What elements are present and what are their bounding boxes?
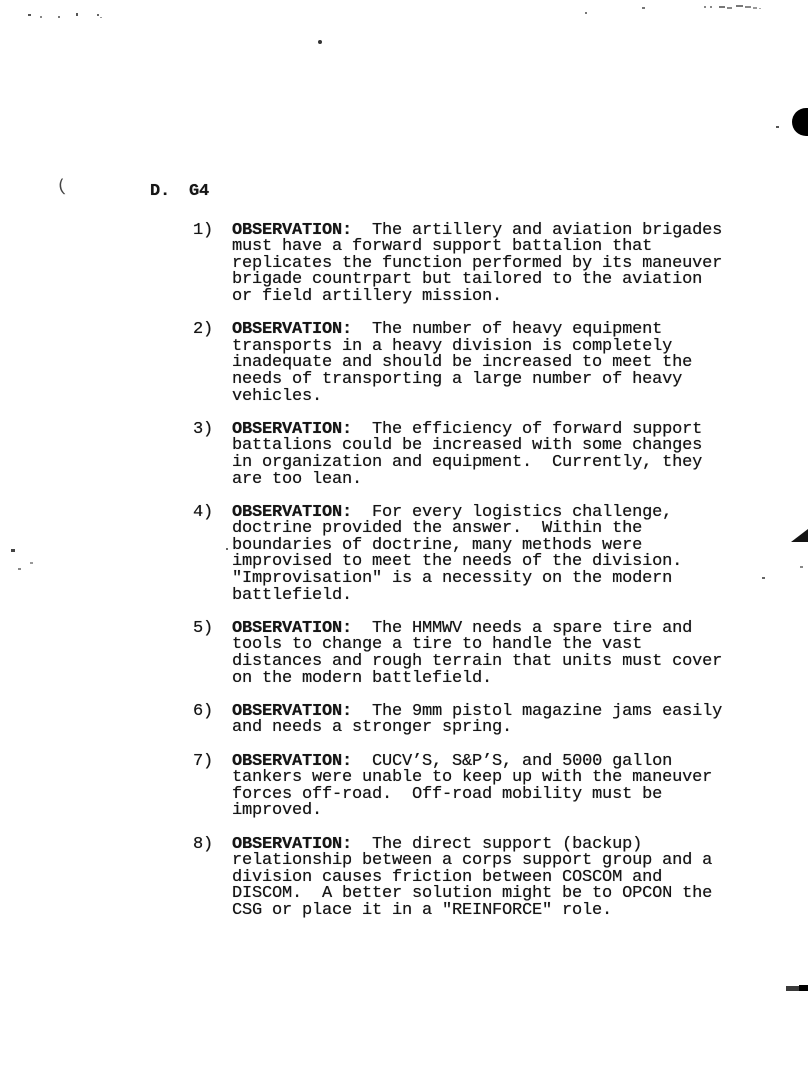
- item-text: OBSERVATION: The artillery and aviation …: [232, 223, 760, 306]
- handwritten-paren-mark: (: [56, 177, 69, 197]
- punch-hole-mark: [792, 108, 808, 136]
- item-number: 3): [193, 422, 232, 488]
- section-title: G4: [189, 184, 209, 201]
- item-text: OBSERVATION: The 9mm pistol magazine jam…: [232, 704, 760, 737]
- scan-speck: [97, 14, 99, 16]
- scan-speck: [762, 577, 765, 579]
- document-body: D. G4 1) OBSERVATION: The artillery and …: [150, 184, 760, 936]
- item-text: OBSERVATION: The direct support (backup)…: [232, 837, 760, 920]
- scan-speck: [58, 16, 60, 18]
- scan-speck: [585, 12, 587, 14]
- scan-speck: [100, 17, 102, 18]
- item-number: 6): [193, 704, 232, 737]
- scan-dash: [727, 7, 732, 9]
- scan-dash: [710, 6, 712, 8]
- observation-item: 5) OBSERVATION: The HMMWV needs a spare …: [193, 621, 760, 687]
- section-heading: D. G4: [150, 184, 760, 201]
- item-number: 4): [193, 505, 232, 605]
- scan-speck: [28, 14, 31, 16]
- observation-item: 6) OBSERVATION: The 9mm pistol magazine …: [193, 704, 760, 737]
- scan-dash: [759, 8, 761, 9]
- scan-speck: [800, 566, 803, 568]
- item-text: OBSERVATION: The HMMWV needs a spare tir…: [232, 621, 760, 687]
- observation-item: 3) OBSERVATION: The efficiency of forwar…: [193, 422, 760, 488]
- section-letter: D.: [150, 184, 170, 201]
- item-text: OBSERVATION: The efficiency of forward s…: [232, 422, 760, 488]
- scan-speck: [30, 562, 33, 564]
- observation-item: 2) OBSERVATION: The number of heavy equi…: [193, 322, 760, 405]
- scan-dash: [736, 5, 743, 7]
- item-number: 5): [193, 621, 232, 687]
- scan-speck: [11, 549, 15, 552]
- margin-wedge-mark: [791, 529, 808, 542]
- item-number: 1): [193, 223, 232, 306]
- scan-speck: [40, 16, 42, 18]
- corner-dash-mark: [799, 985, 808, 991]
- scan-speck: [318, 40, 322, 44]
- observation-item: 1) OBSERVATION: The artillery and aviati…: [193, 223, 760, 306]
- item-text: OBSERVATION: The number of heavy equipme…: [232, 322, 760, 405]
- scan-dash: [745, 6, 751, 8]
- scan-dash: [704, 6, 706, 8]
- observation-item: 4) OBSERVATION: For every logistics chal…: [193, 505, 760, 605]
- item-text: OBSERVATION: CUCV’S, S&P’S, and 5000 gal…: [232, 754, 760, 820]
- item-text: OBSERVATION: For every logistics challen…: [232, 505, 760, 605]
- scan-dash: [642, 7, 645, 9]
- scan-speck: [776, 126, 779, 128]
- observation-item: 8) OBSERVATION: The direct support (back…: [193, 837, 760, 920]
- scanned-page: ( D. G4 1) OBSERVATION: The artillery an…: [0, 0, 808, 1088]
- observation-list: 1) OBSERVATION: The artillery and aviati…: [193, 223, 760, 920]
- item-number: 8): [193, 837, 232, 920]
- scan-dash: [719, 6, 725, 8]
- scan-speck: [18, 568, 21, 570]
- item-number: 2): [193, 322, 232, 405]
- scan-speck: [76, 13, 78, 16]
- observation-item: 7) OBSERVATION: CUCV’S, S&P’S, and 5000 …: [193, 754, 760, 820]
- scan-dash: [753, 7, 757, 9]
- item-number: 7): [193, 754, 232, 820]
